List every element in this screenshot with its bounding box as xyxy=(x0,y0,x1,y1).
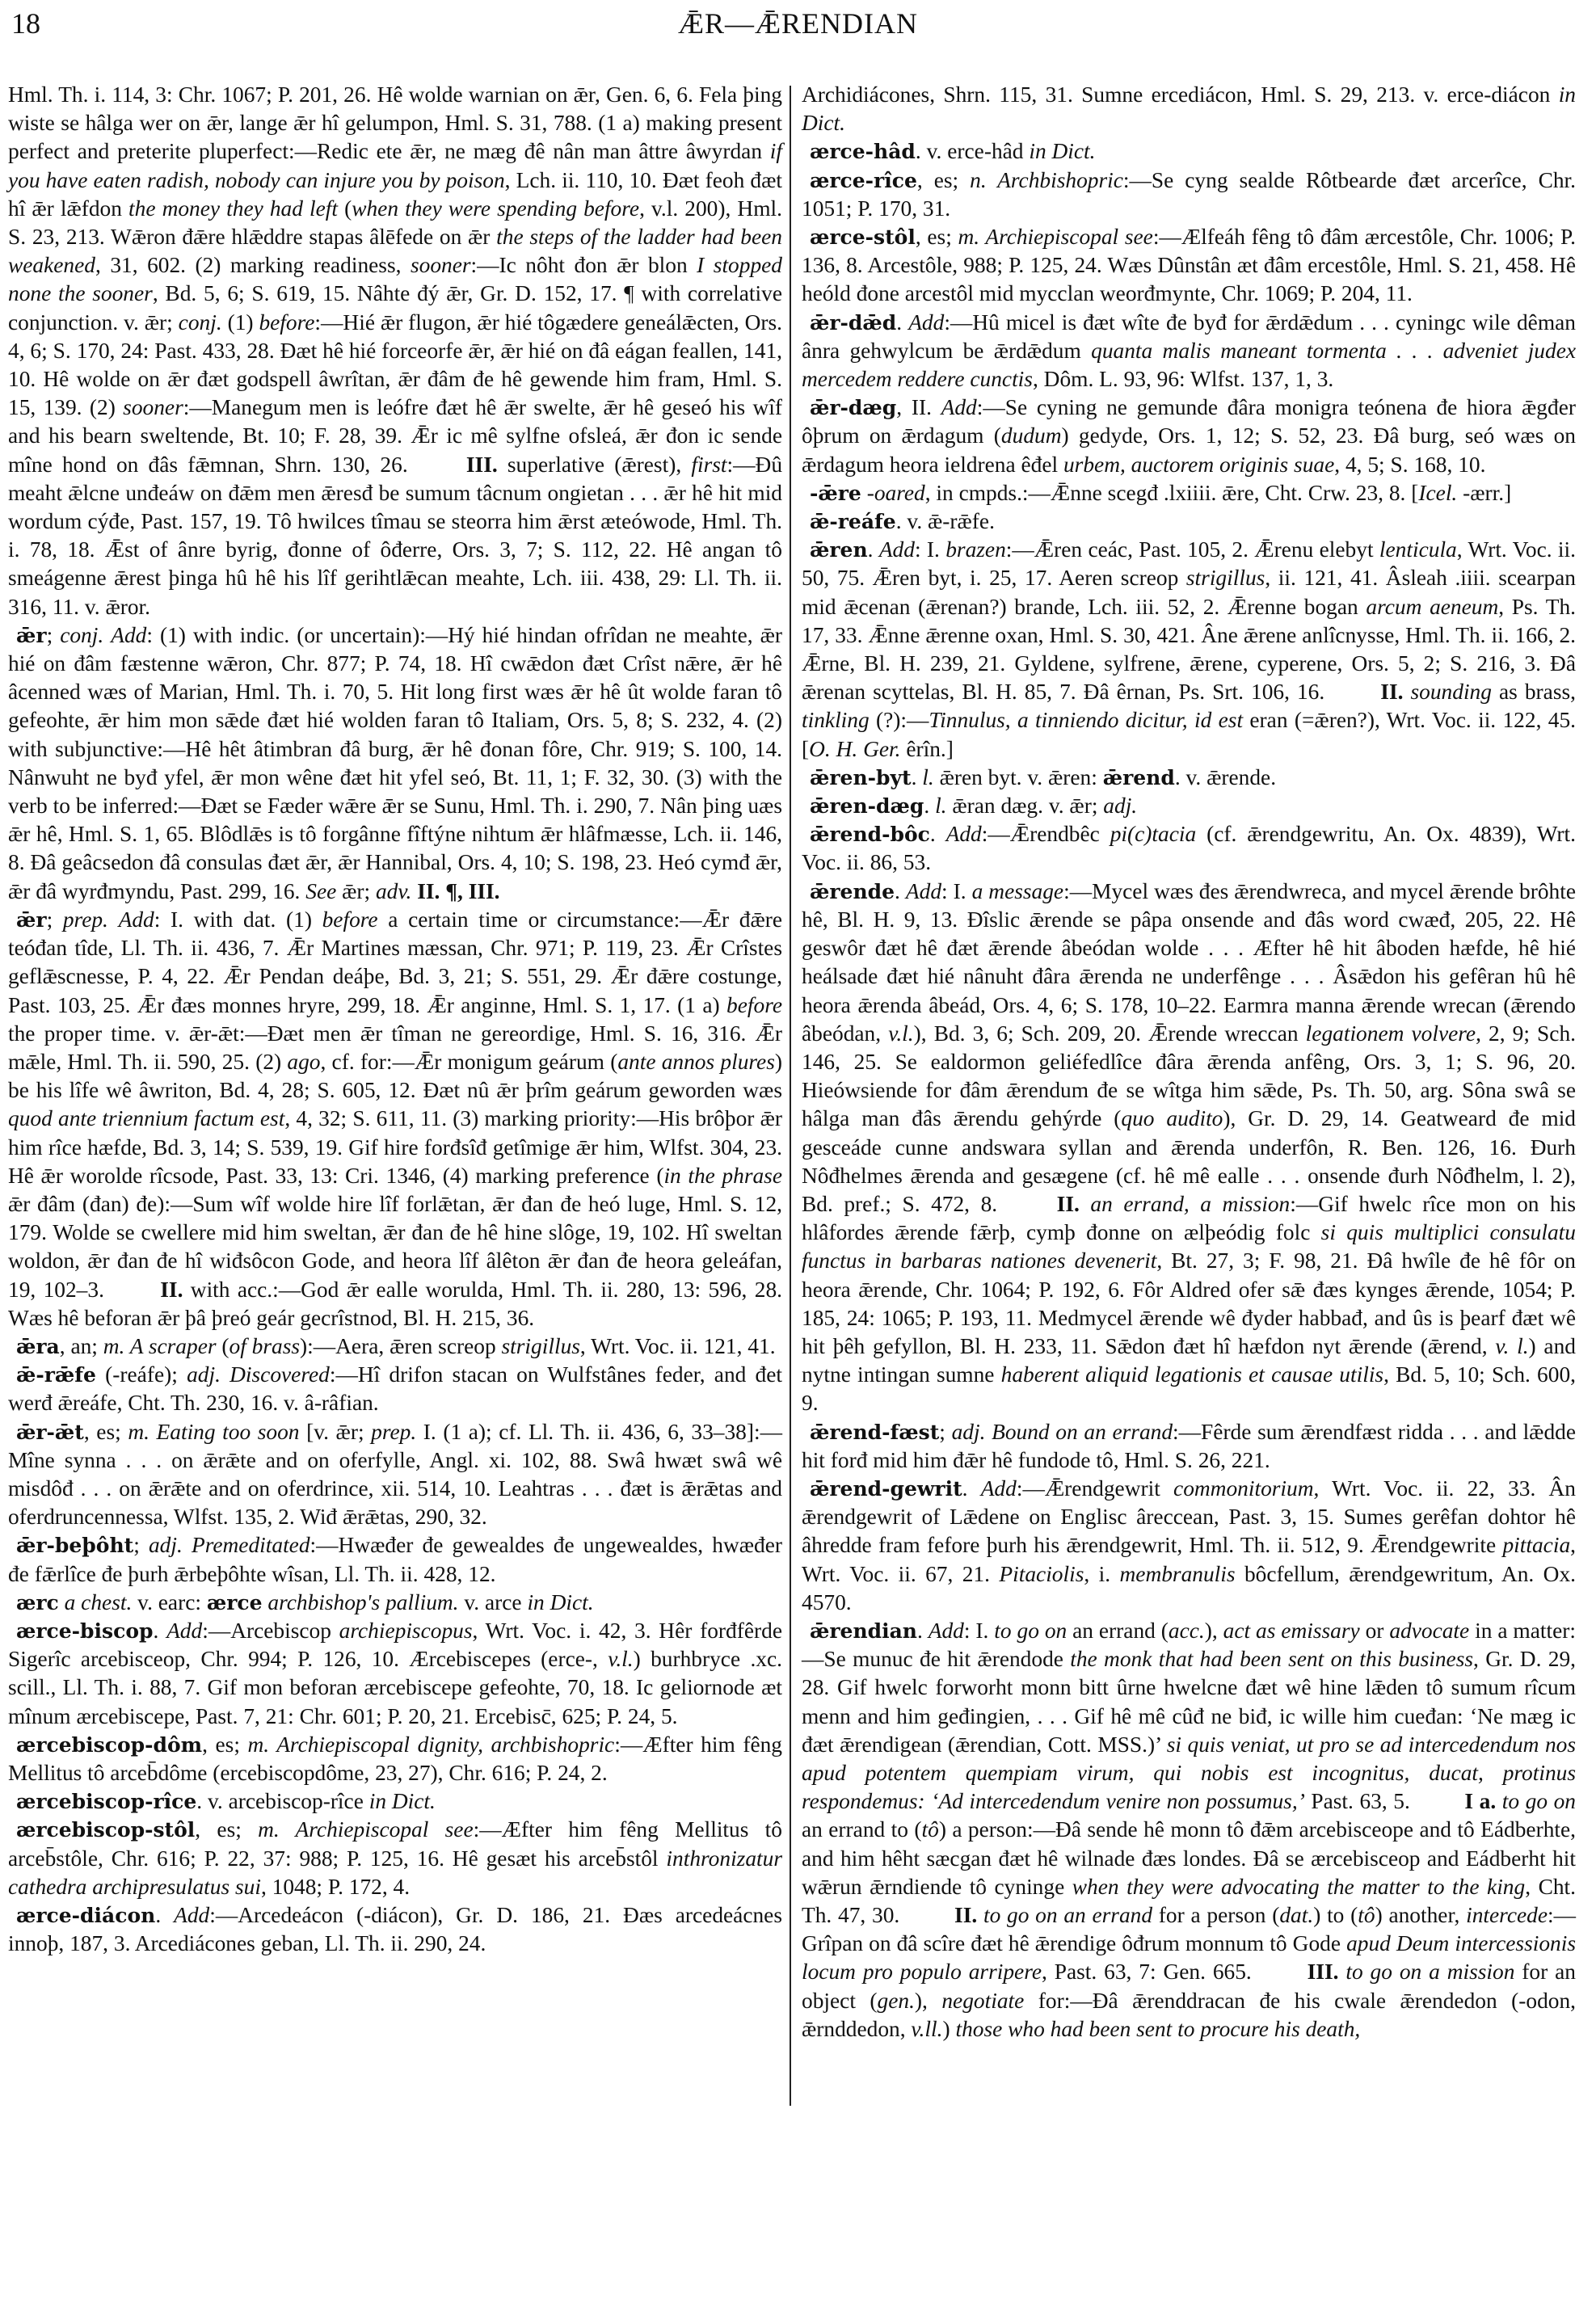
dictionary-entry: ǣr-ǣt, es; m. Eating too soon [v. ǣr; pr… xyxy=(8,1418,782,1532)
entry-text xyxy=(108,907,119,932)
entry-text: . xyxy=(895,879,906,903)
headword: ǣrend-bôc xyxy=(810,823,930,846)
entry-text: as brass, xyxy=(1492,680,1576,704)
entry-text: . xyxy=(896,310,908,335)
entry-text: , Dôm. L. 93, 96: Wlfst. 137, 1, 3. xyxy=(1033,367,1333,391)
italic-gloss: Add xyxy=(119,907,154,932)
italic-gloss: negotiate xyxy=(941,1989,1024,2013)
italic-gloss: quod ante triennium factum est xyxy=(8,1106,284,1130)
entry-text: ; xyxy=(47,623,61,647)
entry-text: ǣren byt. v. ǣren: xyxy=(934,765,1103,789)
entry-text: ), xyxy=(915,1989,941,2013)
headword: ǣr-ǣt xyxy=(16,1421,84,1444)
headword: ǣrendian xyxy=(810,1619,917,1643)
entry-text: , Past. 63, 7: Gen. 665. xyxy=(1042,1960,1259,1984)
italic-gloss: in Dict. xyxy=(1029,139,1095,163)
italic-gloss: legationem volvere xyxy=(1306,1021,1476,1046)
sense-number: II. xyxy=(1057,1192,1080,1216)
italic-gloss: Add xyxy=(879,537,915,562)
entry-text: . v. erce-hâd xyxy=(916,139,1029,163)
entry-text: (-reáfe); xyxy=(96,1362,187,1387)
entry-text: : I. xyxy=(915,537,945,562)
dictionary-entry: ærce-diácon. Add:—Arcedeácon (-diácon), … xyxy=(8,1901,782,1958)
entry-text xyxy=(977,1903,983,1927)
italic-gloss: See xyxy=(305,879,336,903)
entry-text: ) to ( xyxy=(1313,1903,1358,1927)
headword: ærcebiscop-stôl xyxy=(16,1818,195,1842)
headword: ǣrende xyxy=(810,880,895,903)
entry-text xyxy=(59,1590,65,1614)
entry-text: . xyxy=(153,1619,166,1643)
dictionary-entry: ærce-hâd. v. erce-hâd in Dict. xyxy=(802,137,1576,166)
dictionary-entry: ǣr; conj. Add: (1) with indic. (or uncer… xyxy=(8,621,782,906)
dictionary-entry: ǣr-dǣd. Add:—Hû micel is đæt wîte đe byđ… xyxy=(802,309,1576,394)
italic-gloss: gen. xyxy=(878,1989,915,2013)
entry-text: ( xyxy=(217,1334,230,1358)
headword: ærce-rîce xyxy=(810,169,917,192)
headword: -ǣre xyxy=(810,482,861,505)
italic-gloss: the money they had left xyxy=(128,196,338,221)
entry-text: : I. with dat. (1) xyxy=(154,907,322,932)
headword: ærcebiscop-dôm xyxy=(16,1733,202,1757)
entry-text: Hml. Th. i. 114, 3: Chr. 1067; P. 201, 2… xyxy=(8,82,782,163)
sense-number: III. xyxy=(466,453,498,477)
dictionary-entry: ǣrendian. Add: I. to go on an errand (ac… xyxy=(802,1617,1576,2044)
italic-gloss: v.l. xyxy=(608,1647,633,1671)
italic-gloss: O. H. Ger. xyxy=(809,737,900,761)
italic-gloss: v.l. xyxy=(888,1021,913,1046)
dictionary-entry: ǣra, an; m. A scraper (of brass):—Aera, … xyxy=(8,1332,782,1361)
italic-gloss: first xyxy=(691,453,726,477)
entry-text: : I. xyxy=(941,879,972,903)
dictionary-entry: ærce-rîce, es; n. Archbishopric:—Se cyng… xyxy=(802,166,1576,223)
entry-text: Archidiácones, Shrn. 115, 31. Sumne erce… xyxy=(802,82,1559,107)
italic-gloss: to go on an errand xyxy=(983,1903,1152,1927)
italic-gloss: before xyxy=(259,310,314,335)
headword: ǣr xyxy=(16,908,47,932)
entry-text: , Wrt. Voc. ii. 121, 41. xyxy=(580,1334,776,1358)
dictionary-entry: ǣ-rǣfe (-reáfe); adj. Discovered:—Hî dri… xyxy=(8,1361,782,1417)
sense-number: II. xyxy=(954,1903,977,1927)
italic-gloss: Add xyxy=(908,310,944,335)
dictionary-entry: ǣr-beþôht; adj. Premeditated:—Hwæđer đe … xyxy=(8,1531,782,1588)
entry-text: . xyxy=(924,793,935,818)
entry-text: an errand to ( xyxy=(802,1817,922,1842)
entry-text: ), Bd. 3, 6; Sch. 209, 20. Ǣrende wrecca… xyxy=(914,1021,1306,1046)
entry-text: , es; xyxy=(195,1817,258,1842)
headword: ǣren xyxy=(810,538,868,562)
dictionary-entry: ærcebiscop-stôl, es; m. Archiepiscopal s… xyxy=(8,1816,782,1901)
dictionary-entry: ǣ-reáfe. v. ǣ-rǣfe. xyxy=(802,507,1576,536)
dictionary-entry: Archidiácones, Shrn. 115, 31. Sumne erce… xyxy=(802,81,1576,137)
column-divider xyxy=(790,86,791,2106)
entry-text: with acc.:—God ǣr ealle worulda, Hml. Th… xyxy=(8,1278,782,1330)
entry-text: , es; xyxy=(84,1420,128,1444)
italic-gloss: ante annos plures xyxy=(617,1050,775,1074)
italic-gloss: -oared xyxy=(867,481,925,505)
italic-gloss: v.ll. xyxy=(911,2017,942,2041)
italic-gloss: commonitorium xyxy=(1173,1476,1313,1501)
entry-text: , an; xyxy=(60,1334,103,1358)
dictionary-entry: ǣrend-gewrit. Add:—Ǣrendgewrit commonito… xyxy=(802,1475,1576,1617)
italic-gloss: pittacia xyxy=(1502,1533,1570,1557)
entry-text: for a person ( xyxy=(1152,1903,1279,1927)
italic-gloss: sooner xyxy=(123,395,183,419)
italic-gloss: pi(c)tacia xyxy=(1110,822,1196,846)
headword: ǣra xyxy=(16,1335,60,1358)
italic-gloss: Add xyxy=(981,1476,1017,1501)
headword: ǣr-beþôht xyxy=(16,1534,133,1557)
entry-text: . xyxy=(868,537,879,562)
italic-gloss: Tinnulus, a tinniendo dicitur, id est xyxy=(929,708,1243,732)
entry-text: , es; xyxy=(916,225,958,249)
italic-gloss: Pitaciolis xyxy=(999,1562,1084,1586)
entry-text: :—Đû meaht ǣlcne unđeáw on đǣm men ǣresđ… xyxy=(8,453,782,619)
entry-text: . xyxy=(917,1619,929,1643)
italic-gloss: sounding xyxy=(1411,680,1492,704)
entry-text: ǣran dæg. v. ǣr; xyxy=(947,793,1104,818)
entry-text: ǣr; xyxy=(336,879,376,903)
entry-text: , 4, 5; S. 168, 10. xyxy=(1334,453,1485,477)
italic-gloss: arcum aeneum xyxy=(1366,595,1498,619)
headword: ærce-biscop xyxy=(16,1619,153,1643)
entry-text: , cf. for:—Ǣr monigum geárum ( xyxy=(320,1050,617,1074)
dictionary-entry: ǣren-byt. l. ǣren byt. v. ǣren: ǣrend. v… xyxy=(802,764,1576,792)
italic-gloss: Add xyxy=(941,395,977,419)
dictionary-entry: ærc a chest. v. earc: ærce archbishop's … xyxy=(8,1589,782,1617)
italic-gloss: dat. xyxy=(1279,1903,1313,1927)
italic-gloss: adj. Premeditated xyxy=(149,1533,310,1557)
entry-text: . xyxy=(155,1903,174,1927)
italic-gloss: those who had been sent to procure his d… xyxy=(955,2017,1360,2041)
sense-number: III. xyxy=(1308,1960,1339,1984)
entry-text: : (1) with indic. (or uncertain):—Hý hié… xyxy=(8,623,782,903)
italic-gloss: acc. xyxy=(1169,1619,1205,1643)
italic-gloss: tinkling xyxy=(802,708,870,732)
headword: ǣ-rǣfe xyxy=(16,1363,96,1387)
entry-text: êrîn.] xyxy=(901,737,954,761)
dictionary-entry: Hml. Th. i. 114, 3: Chr. 1067; P. 201, 2… xyxy=(8,81,782,621)
entry-text: , i. xyxy=(1084,1562,1119,1586)
italic-gloss: ago xyxy=(287,1050,320,1074)
italic-gloss: prep. xyxy=(63,907,108,932)
entry-text: , II. xyxy=(896,395,941,419)
headword: ærce-stôl xyxy=(810,225,916,249)
entry-text xyxy=(103,623,111,647)
entry-text: ; xyxy=(133,1533,149,1557)
headword: ǣr-dæg xyxy=(810,396,896,419)
dictionary-entry: ærce-biscop. Add:—Arcebiscop archiepisco… xyxy=(8,1617,782,1731)
entry-text: . xyxy=(962,1476,981,1501)
italic-gloss: archbishop's pallium. xyxy=(267,1590,458,1614)
entry-text: v. earc: xyxy=(132,1590,207,1614)
headword: ærcebiscop-rîce xyxy=(16,1790,196,1813)
entry-text: :—Ǣrendbêc xyxy=(982,822,1110,846)
italic-gloss: before xyxy=(322,907,378,932)
italic-gloss: Add xyxy=(929,1619,964,1643)
italic-gloss: an errand, a mission xyxy=(1090,1192,1290,1216)
italic-gloss: m. A scraper xyxy=(103,1334,217,1358)
dictionary-entry: ǣr; prep. Add: I. with dat. (1) before a… xyxy=(8,906,782,1332)
entry-text: -ærr.] xyxy=(1457,481,1511,505)
headword: ǣrend-gewrit xyxy=(810,1477,962,1501)
entry-text: , 1048; P. 172, 4. xyxy=(261,1875,410,1899)
entry-text: Past. 63, 5. xyxy=(1305,1789,1417,1813)
headword: ǣrend-fæst xyxy=(810,1421,939,1444)
italic-gloss: in Dict. xyxy=(527,1590,593,1614)
italic-gloss: m. Archiepiscopal see xyxy=(258,1817,473,1842)
italic-gloss: when they were advocating the matter to … xyxy=(1072,1875,1525,1899)
sense-number: II. xyxy=(1380,680,1403,704)
dictionary-entry: -ǣre -oared, in cmpds.:—Ǣnne scegđ .lxii… xyxy=(802,479,1576,507)
italic-gloss: quo audito xyxy=(1121,1106,1223,1130)
running-title: ǢR—ǢRENDIAN xyxy=(0,6,1596,40)
entry-text: . v. ǣ-rǣfe. xyxy=(896,509,995,533)
dictionary-entry: ǣr-dæg, II. Add:—Se cyning ne gemunde đâ… xyxy=(802,394,1576,479)
italic-gloss: a message xyxy=(972,879,1064,903)
italic-gloss: Add xyxy=(906,879,941,903)
headword: ǣr xyxy=(16,624,47,647)
italic-gloss: l. xyxy=(922,765,933,789)
dictionary-entry: ǣrend-bôc. Add:—Ǣrendbêc pi(c)tacia (cf.… xyxy=(802,820,1576,877)
italic-gloss: m. Archiepiscopal dignity, archbishopric xyxy=(248,1732,615,1757)
entry-text: , es; xyxy=(202,1732,247,1757)
italic-gloss: brazen xyxy=(945,537,1006,562)
italic-gloss: the monk that had been sent on this busi… xyxy=(1070,1647,1473,1671)
italic-gloss: to go on xyxy=(1502,1789,1576,1813)
headword: ǣren-byt xyxy=(810,766,912,789)
sense-number: II. xyxy=(160,1278,183,1302)
entry-text: , in cmpds.:—Ǣnne scegđ .lxiiii. ǣre, Ch… xyxy=(925,481,1419,505)
headword: ærce-diácon xyxy=(16,1904,155,1927)
italic-gloss: adj. Bound on an errand xyxy=(952,1420,1173,1444)
italic-gloss: prep. xyxy=(371,1420,416,1444)
entry-text: . xyxy=(912,765,923,789)
italic-gloss: n. Archbishopric xyxy=(970,168,1123,192)
italic-gloss: adv. xyxy=(376,879,411,903)
dictionary-entry: ærcebiscop-dôm, es; m. Archiepiscopal di… xyxy=(8,1731,782,1787)
entry-text: an errand ( xyxy=(1067,1619,1169,1643)
italic-gloss: Add xyxy=(166,1619,202,1643)
entry-text: . xyxy=(930,822,946,846)
entry-text: ), xyxy=(1205,1619,1223,1643)
italic-gloss: strigillus xyxy=(1186,566,1265,590)
entry-text: ):—Aera, ǣren screop xyxy=(300,1334,501,1358)
entry-text xyxy=(1080,1192,1091,1216)
entry-text: :—Ic nôht đon ǣr blon xyxy=(471,253,697,277)
entry-text: (1) xyxy=(222,310,259,335)
page-header: 18 ǢR—ǢRENDIAN xyxy=(0,0,1596,48)
right-column: Archidiácones, Shrn. 115, 31. Sumne erce… xyxy=(802,81,1576,2044)
italic-gloss: Add xyxy=(946,822,982,846)
italic-gloss: advocate xyxy=(1389,1619,1469,1643)
italic-gloss: membranulis xyxy=(1120,1562,1236,1586)
entry-text: , es; xyxy=(917,168,970,192)
headword: ærce-hâd xyxy=(810,140,916,163)
headword: ærce xyxy=(207,1591,263,1614)
italic-gloss: Add xyxy=(111,623,146,647)
headword: ǣren-dæg xyxy=(810,794,924,818)
italic-gloss: strigillus xyxy=(502,1334,580,1358)
italic-gloss: Add xyxy=(174,1903,209,1927)
entry-text: ) another, xyxy=(1375,1903,1467,1927)
dictionary-entry: ærcebiscop-rîce. v. arcebiscop-rîce in D… xyxy=(8,1787,782,1816)
entry-text: v. arce xyxy=(459,1590,528,1614)
entry-text: :—Ǣrendgewrit xyxy=(1017,1476,1173,1501)
entry-text: ; xyxy=(47,907,63,932)
dictionary-entry: ǣrend-fæst; adj. Bound on an errand:—Fêr… xyxy=(802,1418,1576,1475)
italic-gloss: v. l. xyxy=(1495,1334,1528,1358)
entry-text: ) xyxy=(942,2017,955,2041)
entry-text: superlative (ǣrest), xyxy=(498,453,692,477)
entry-text: ; xyxy=(939,1420,951,1444)
entry-text: , 31, 602. (2) marking readiness, xyxy=(95,253,411,277)
italic-gloss: in the phrase xyxy=(663,1164,782,1188)
dictionary-entry: ǣrende. Add: I. a message:—Mycel wæs đes… xyxy=(802,878,1576,1418)
italic-gloss: adj. xyxy=(1103,793,1137,818)
entry-text: ( xyxy=(338,196,352,221)
left-column: Hml. Th. i. 114, 3: Chr. 1067; P. 201, 2… xyxy=(8,81,782,1958)
italic-gloss: act as emissary xyxy=(1223,1619,1360,1643)
entry-text: (?):— xyxy=(870,708,929,732)
dictionary-entry: ǣren. Add: I. brazen:—Ǣren ceác, Past. 1… xyxy=(802,536,1576,764)
headword: ǣ-reáfe xyxy=(810,510,896,533)
italic-gloss: tô xyxy=(1358,1903,1375,1927)
headword: ǣr-dǣd xyxy=(810,311,896,335)
italic-gloss: urbem, auctorem originis suae xyxy=(1063,453,1334,477)
italic-gloss: haberent aliquid legationis et causae ut… xyxy=(1001,1362,1383,1387)
italic-gloss: conj. xyxy=(60,623,103,647)
italic-gloss: intercede xyxy=(1466,1903,1548,1927)
italic-gloss: lenticula xyxy=(1379,537,1457,562)
italic-gloss: before xyxy=(726,993,782,1017)
italic-gloss: sooner xyxy=(411,253,471,277)
dictionary-entry: ǣren-dæg. l. ǣran dæg. v. ǣr; adj. xyxy=(802,792,1576,820)
italic-gloss: Icel. xyxy=(1418,481,1457,505)
entry-text: :—Arcebiscop xyxy=(202,1619,339,1643)
entry-text: . v. arcebiscop-rîce xyxy=(196,1789,368,1813)
italic-gloss: when they were spending before xyxy=(352,196,639,221)
sense-number: I a. xyxy=(1464,1789,1496,1813)
headword: ǣrend xyxy=(1103,766,1175,789)
italic-gloss: adj. Discovered xyxy=(187,1362,330,1387)
entry-text: [v. ǣr; xyxy=(300,1420,372,1444)
italic-gloss: to go on xyxy=(994,1619,1067,1643)
entry-text: :—Ǣren ceác, Past. 105, 2. Ǣrenu elebyt xyxy=(1006,537,1379,562)
italic-gloss: m. Eating too soon xyxy=(128,1420,299,1444)
italic-gloss: of brass xyxy=(230,1334,301,1358)
italic-gloss: a chest. xyxy=(65,1590,133,1614)
italic-gloss: conj. xyxy=(179,310,222,335)
sense-number: II. ¶, III. xyxy=(417,879,499,903)
entry-text: : I. xyxy=(964,1619,994,1643)
italic-gloss: in Dict. xyxy=(369,1789,436,1813)
italic-gloss: dudum xyxy=(1001,423,1062,448)
italic-gloss: m. Archiepiscopal see xyxy=(958,225,1153,249)
entry-text xyxy=(1403,680,1410,704)
entry-text: or xyxy=(1360,1619,1390,1643)
italic-gloss: archiepiscopus xyxy=(339,1619,473,1643)
dictionary-entry: ærce-stôl, es; m. Archiepiscopal see:—Æl… xyxy=(802,223,1576,309)
italic-gloss: l. xyxy=(935,793,946,818)
italic-gloss: to go on a mission xyxy=(1345,1960,1514,1984)
headword: ærc xyxy=(16,1591,59,1614)
italic-gloss: tô xyxy=(922,1817,939,1842)
entry-text xyxy=(861,481,867,505)
entry-text: . v. ǣrende. xyxy=(1175,765,1276,789)
entry-text xyxy=(1496,1789,1502,1813)
